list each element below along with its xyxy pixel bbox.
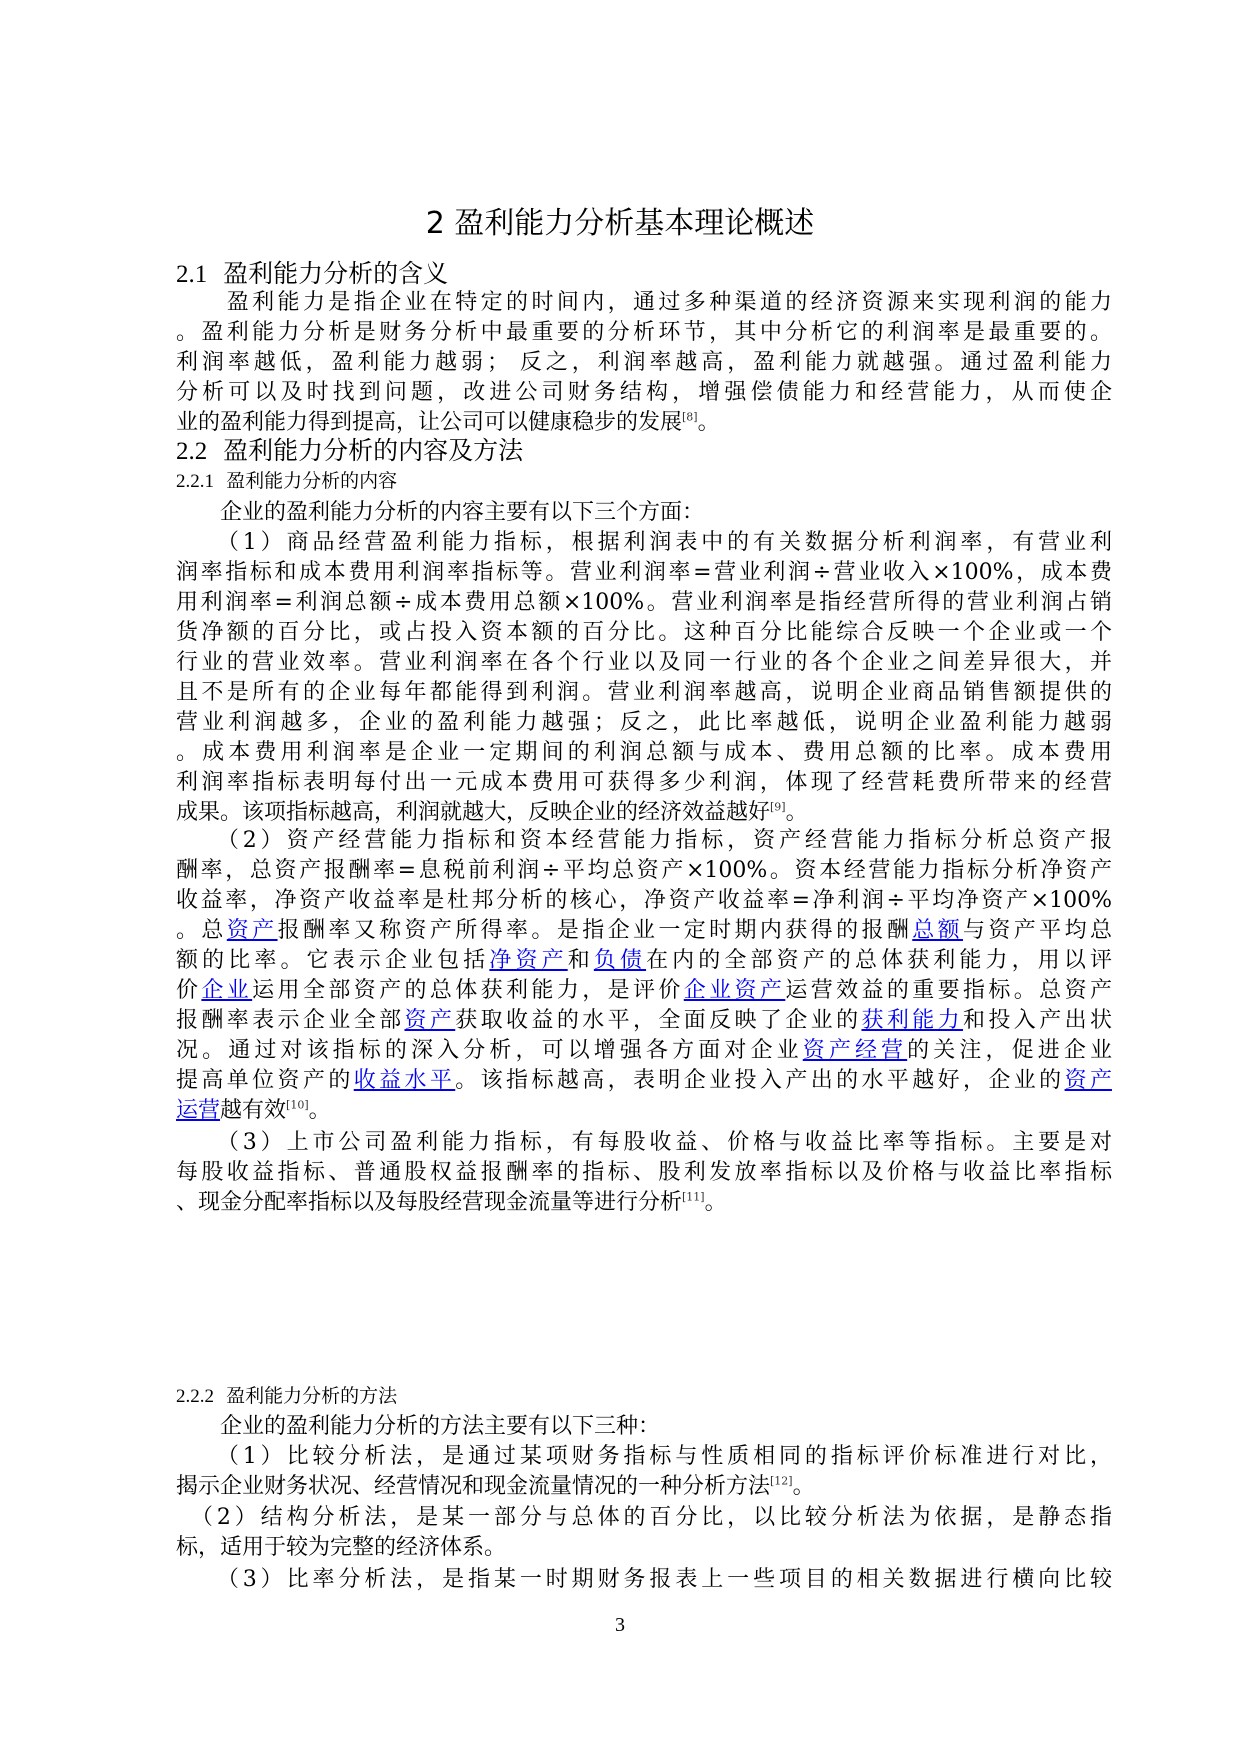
- text-run: 况。通过对该指标的深入分析，可以增强各方面对企业: [176, 1038, 803, 1063]
- text-run: 分析可以及时找到问题，改进公司财务结构，增强偿债能力和经营能力，从而使企: [176, 380, 1112, 405]
- text-run: 且不是所有的企业每年都能得到利润。营业利润率越高，说明企业商品销售额提供的: [176, 680, 1112, 705]
- text-run: 酬率，总资产报酬率=息税前利润÷平均总资产×100%。资本经营能力指标分析净资产: [176, 858, 1112, 883]
- term-link[interactable]: 企业: [201, 978, 252, 1003]
- text-line: 额的比率。它表示企业包括净资产和负债在内的全部资产的总体获利能力，用以评: [176, 946, 1112, 976]
- term-link[interactable]: 负债: [594, 948, 646, 973]
- term-link[interactable]: 总额: [912, 918, 963, 943]
- term-link[interactable]: 运营: [176, 1098, 220, 1123]
- text-run: 与资产平均总: [963, 918, 1112, 943]
- text-line: （2）资产经营能力指标和资本经营能力指标，资产经营能力指标分析总资产报: [176, 826, 1112, 856]
- text-line: 行业的营业效率。营业利润率在各个行业以及同一行业的各个企业之间差异很大，并: [176, 648, 1112, 678]
- text-line: 成果。该项指标越高，利润就越大，反映企业的经济效益越好[9]。: [176, 798, 1112, 828]
- text-line: （1）比较分析法，是通过某项财务指标与性质相同的指标评价标准进行对比，: [176, 1442, 1112, 1472]
- text-run: （1）商品经营盈利能力指标，根据利润表中的有关数据分析利润率，有营业利: [176, 530, 1112, 555]
- text-run: 行业的营业效率。营业利润率在各个行业以及同一行业的各个企业之间差异很大，并: [176, 650, 1112, 675]
- text-line: 收益率，净资产收益率是杜邦分析的核心，净资产收益率=净利润÷平均净资产×100%: [176, 886, 1112, 916]
- section-number: 2.2.1: [176, 471, 214, 492]
- text-run: 每股收益指标、普通股权益报酬率的指标、股利发放率指标以及价格与收益比率指标: [176, 1160, 1112, 1185]
- citation-ref: [8]: [682, 411, 698, 424]
- text-run: 成果。该项指标越高，利润就越大，反映企业的经济效益越好: [176, 800, 770, 825]
- text-run: 业的盈利能力得到提高，让公司可以健康稳步的发展: [176, 410, 682, 435]
- text-run: 标，适用于较为完整的经济体系。: [176, 1535, 506, 1560]
- text-line: 用利润率=利润总额÷成本费用总额×100%。营业利润率是指经营所得的营业利润占销: [176, 588, 1112, 618]
- section-number: 2.2.2: [176, 1386, 214, 1407]
- text-line: 企业的盈利能力分析的方法主要有以下三种：: [176, 1412, 1112, 1442]
- text-run: 。: [705, 1190, 727, 1215]
- document-page: 2 盈利能力分析基本理论概述 2.1 盈利能力分析的含义 盈利能力是指企业在特定…: [0, 0, 1240, 1754]
- text-line: 每股收益指标、普通股权益报酬率的指标、股利发放率指标以及价格与收益比率指标: [176, 1158, 1112, 1188]
- text-run: 利润率越低，盈利能力越弱； 反之，利润率越高，盈利能力就越强。通过盈利能力: [176, 350, 1112, 375]
- text-run: 收益率，净资产收益率是杜邦分析的核心，净资产收益率=净利润÷平均净资产×100%: [176, 888, 1112, 913]
- text-line: 货净额的百分比，或占投入资本额的百分比。这种百分比能综合反映一个企业或一个: [176, 618, 1112, 648]
- text-line: 酬率，总资产报酬率=息税前利润÷平均总资产×100%。资本经营能力指标分析净资产: [176, 856, 1112, 886]
- text-run: 。: [786, 800, 808, 825]
- term-link[interactable]: 资产: [227, 918, 278, 943]
- section-title: 盈利能力分析的内容: [226, 470, 397, 492]
- text-run: （3）上市公司盈利能力指标，有每股收益、价格与收益比率等指标。主要是对: [176, 1130, 1112, 1155]
- text-run: 价: [176, 978, 201, 1003]
- citation-ref: [9]: [770, 801, 786, 814]
- text-line: 且不是所有的企业每年都能得到利润。营业利润率越高，说明企业商品销售额提供的: [176, 678, 1112, 708]
- text-line: 润率指标和成本费用利润率指标等。营业利润率=营业利润÷营业收入×100%，成本费: [176, 558, 1112, 588]
- text-run: （2）结构分析法，是某一部分与总体的百分比，以比较分析法为依据，是静态指: [176, 1505, 1112, 1530]
- text-run: 润率指标和成本费用利润率指标等。营业利润率=营业利润÷营业收入×100%，成本费: [176, 560, 1112, 585]
- text-run: 越有效: [220, 1098, 286, 1123]
- text-line: 、现金分配率指标以及每股经营现金流量等进行分析[11]。: [176, 1188, 1112, 1218]
- text-line: 分析可以及时找到问题，改进公司财务结构，增强偿债能力和经营能力，从而使企: [176, 378, 1112, 408]
- text-line: 报酬率表示企业全部资产获取收益的水平，全面反映了企业的获利能力和投入产出状: [176, 1006, 1112, 1036]
- section-number: 2.2: [176, 438, 207, 465]
- section-heading-2-2-1: 2.2.1 盈利能力分析的内容: [176, 467, 397, 496]
- text-line: （2）结构分析法，是某一部分与总体的百分比，以比较分析法为依据，是静态指: [176, 1503, 1112, 1533]
- text-line: 。盈利能力分析是财务分析中最重要的分析环节，其中分析它的利润率是最重要的。: [176, 318, 1112, 348]
- text-line: 企业的盈利能力分析的内容主要有以下三个方面：: [176, 498, 1112, 528]
- text-run: 用利润率=利润总额÷成本费用总额×100%。营业利润率是指经营所得的营业利润占销: [176, 590, 1112, 615]
- text-run: 揭示企业财务状况、经营情况和现金流量情况的一种分析方法: [176, 1474, 770, 1499]
- section-heading-2-2-2: 2.2.2 盈利能力分析的方法: [176, 1382, 397, 1411]
- text-run: 企业的盈利能力分析的方法主要有以下三种：: [176, 1414, 660, 1439]
- text-line: （3）比率分析法，是指某一时期财务报表上一些项目的相关数据进行横向比较: [176, 1565, 1112, 1595]
- section-heading-2-2: 2.2 盈利能力分析的内容及方法: [176, 435, 523, 468]
- term-link[interactable]: 获利能力: [861, 1008, 963, 1033]
- text-run: 额的比率。它表示企业包括: [176, 948, 489, 973]
- section-title: 盈利能力分析的方法: [226, 1385, 397, 1407]
- term-link[interactable]: 企业资产: [684, 978, 786, 1003]
- term-link[interactable]: 资产: [404, 1008, 455, 1033]
- text-run: 报酬率又称资产所得率。是指企业一定时期内获得的报酬: [278, 918, 913, 943]
- citation-ref: [11]: [682, 1191, 705, 1204]
- text-line: 利润率越低，盈利能力越弱； 反之，利润率越高，盈利能力就越强。通过盈利能力: [176, 348, 1112, 378]
- page-number: 3: [0, 1614, 1240, 1637]
- text-line: 盈利能力是指企业在特定的时间内，通过多种渠道的经济资源来实现利润的能力: [176, 288, 1112, 318]
- text-run: 盈利能力是指企业在特定的时间内，通过多种渠道的经济资源来实现利润的能力: [176, 290, 1112, 315]
- text-run: （1）比较分析法，是通过某项财务指标与性质相同的指标评价标准进行对比，: [176, 1444, 1112, 1469]
- text-run: 和投入产出状: [963, 1008, 1112, 1033]
- text-run: 报酬率表示企业全部: [176, 1008, 404, 1033]
- text-run: 。该指标越高，表明企业投入产出的水平越好，企业的: [455, 1068, 1064, 1093]
- text-run: 货净额的百分比，或占投入资本额的百分比。这种百分比能综合反映一个企业或一个: [176, 620, 1112, 645]
- term-link[interactable]: 资产: [1065, 1068, 1112, 1093]
- text-line: 标，适用于较为完整的经济体系。: [176, 1533, 1112, 1563]
- term-link[interactable]: 收益水平: [354, 1068, 456, 1093]
- text-line: 业的盈利能力得到提高，让公司可以健康稳步的发展[8]。: [176, 408, 1112, 438]
- text-run: 和: [568, 948, 594, 973]
- text-run: 在内的全部资产的总体获利能力，用以评: [646, 948, 1112, 973]
- text-run: 企业的盈利能力分析的内容主要有以下三个方面：: [176, 500, 704, 525]
- text-run: 获取收益的水平，全面反映了企业的: [455, 1008, 861, 1033]
- text-run: 、现金分配率指标以及每股经营现金流量等进行分析: [176, 1190, 682, 1215]
- text-run: 提高单位资产的: [176, 1068, 354, 1093]
- text-run: 运用全部资产的总体获利能力，是评价: [252, 978, 684, 1003]
- text-line: （3）上市公司盈利能力指标，有每股收益、价格与收益比率等指标。主要是对: [176, 1128, 1112, 1158]
- text-run: 运营效益的重要指标。总资产: [785, 978, 1112, 1003]
- text-line: 况。通过对该指标的深入分析，可以增强各方面对企业资产经营的关注，促进企业: [176, 1036, 1112, 1066]
- text-line: 。成本费用利润率是企业一定期间的利润总额与成本、费用总额的比率。成本费用: [176, 738, 1112, 768]
- text-line: 价企业运用全部资产的总体获利能力，是评价企业资产运营效益的重要指标。总资产: [176, 976, 1112, 1006]
- text-line: 提高单位资产的收益水平。该指标越高，表明企业投入产出的水平越好，企业的资产: [176, 1066, 1112, 1096]
- citation-ref: [12]: [770, 1475, 793, 1488]
- term-link[interactable]: 资产经营: [803, 1038, 907, 1063]
- text-run: 。盈利能力分析是财务分析中最重要的分析环节，其中分析它的利润率是最重要的。: [176, 320, 1112, 345]
- text-run: 。成本费用利润率是企业一定期间的利润总额与成本、费用总额的比率。成本费用: [176, 740, 1112, 765]
- text-run: 。: [793, 1474, 815, 1499]
- text-run: 的关注，促进企业: [907, 1038, 1112, 1063]
- citation-ref: [10]: [286, 1099, 309, 1112]
- text-run: 。总: [176, 918, 227, 943]
- text-run: 。: [309, 1098, 331, 1123]
- text-line: 利润率指标表明每付出一元成本费用可获得多少利润，体现了经营耗费所带来的经营: [176, 768, 1112, 798]
- text-run: 利润率指标表明每付出一元成本费用可获得多少利润，体现了经营耗费所带来的经营: [176, 770, 1112, 795]
- section-heading-2-1: 2.1 盈利能力分析的含义: [176, 258, 448, 291]
- text-run: 。: [698, 410, 720, 435]
- section-title: 盈利能力分析的含义: [223, 259, 448, 288]
- section-title: 盈利能力分析的内容及方法: [223, 436, 523, 465]
- text-line: 运营越有效[10]。: [176, 1096, 1112, 1126]
- text-run: （3）比率分析法，是指某一时期财务报表上一些项目的相关数据进行横向比较: [176, 1567, 1112, 1592]
- text-line: （1）商品经营盈利能力指标，根据利润表中的有关数据分析利润率，有营业利: [176, 528, 1112, 558]
- text-line: 。总资产报酬率又称资产所得率。是指企业一定时期内获得的报酬总额与资产平均总: [176, 916, 1112, 946]
- term-link[interactable]: 净资产: [489, 948, 567, 973]
- text-run: 营业利润越多，企业的盈利能力越强；反之，此比率越低，说明企业盈利能力越弱: [176, 710, 1112, 735]
- chapter-title: 2 盈利能力分析基本理论概述: [0, 204, 1240, 244]
- section-number: 2.1: [176, 261, 207, 288]
- text-run: （2）资产经营能力指标和资本经营能力指标，资产经营能力指标分析总资产报: [176, 828, 1112, 853]
- text-line: 营业利润越多，企业的盈利能力越强；反之，此比率越低，说明企业盈利能力越弱: [176, 708, 1112, 738]
- text-line: 揭示企业财务状况、经营情况和现金流量情况的一种分析方法[12]。: [176, 1472, 1112, 1502]
